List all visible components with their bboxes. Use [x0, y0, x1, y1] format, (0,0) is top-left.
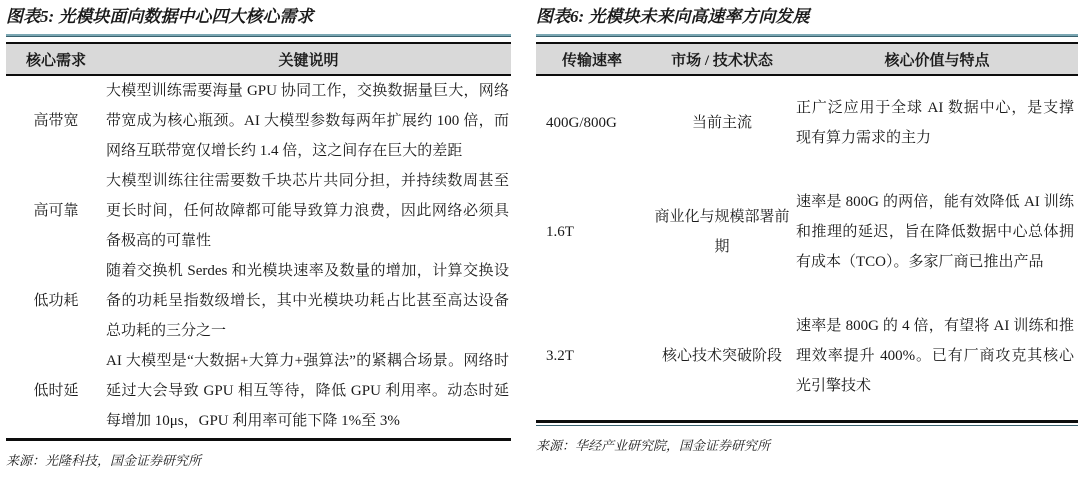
description-cell: AI 大模型是“大数据+大算力+强算法”的紧耦合场景。网络时延过大会导致 GPU… [106, 346, 511, 436]
need-cell: 高带宽 [6, 106, 106, 136]
figure6-column-header-status: 市场 / 技术状态 [648, 49, 796, 70]
table-row: 低时延 AI 大模型是“大数据+大算力+强算法”的紧耦合场景。网络时延过大会导致… [6, 346, 511, 436]
figure5-table-body: 高带宽 大模型训练需要海量 GPU 协同工作，交换数据量巨大，网络带宽成为核心瓶… [6, 76, 511, 436]
rate-cell: 1.6T [536, 217, 648, 247]
figure5-source: 来源：光隆科技，国金证券研究所 [6, 450, 511, 469]
figure5-column-header-desc: 关键说明 [106, 49, 511, 70]
table-row: 3.2T 核心技术突破阶段 速率是 800G 的 4 倍，有望将 AI 训练和推… [536, 294, 1078, 418]
figure6-bottom-rule-accent [536, 425, 1078, 426]
figure6-column-header-rate: 传输速率 [536, 49, 648, 70]
table-row: 低功耗 随着交换机 Serdes 和光模块速率及数量的增加，计算交换设备的功耗呈… [6, 256, 511, 346]
need-cell: 低时延 [6, 376, 106, 406]
figure6-header-row: 传输速率 市场 / 技术状态 核心价值与特点 [536, 42, 1078, 76]
rate-cell: 3.2T [536, 341, 648, 371]
description-cell: 随着交换机 Serdes 和光模块速率及数量的增加，计算交换设备的功耗呈指数级增… [106, 256, 511, 346]
figure6-title-rule [536, 34, 1078, 37]
need-cell: 高可靠 [6, 196, 106, 226]
description-cell: 大模型训练往往需要数千块芯片共同分担，并持续数周甚至更长时间，任何故障都可能导致… [106, 166, 511, 256]
status-cell: 核心技术突破阶段 [648, 341, 796, 371]
figure5-bottom-rule [6, 438, 511, 441]
status-cell: 商业化与规模部署前期 [648, 202, 796, 262]
value-cell: 速率是 800G 的两倍，能有效降低 AI 训练和推理的延迟，旨在降低数据中心总… [796, 187, 1078, 277]
figure5-header-row: 核心需求 关键说明 [6, 42, 511, 76]
figure6-bottom-rule [536, 420, 1078, 423]
figure5-column-header-need: 核心需求 [6, 49, 106, 70]
figure6-source: 来源：华经产业研究院，国金证券研究所 [536, 435, 1078, 454]
value-cell: 速率是 800G 的 4 倍，有望将 AI 训练和推理效率提升 400%。已有厂… [796, 311, 1078, 401]
table-row: 高带宽 大模型训练需要海量 GPU 协同工作，交换数据量巨大，网络带宽成为核心瓶… [6, 76, 511, 166]
figure6-column-header-value: 核心价值与特点 [796, 49, 1078, 70]
table-row: 1.6T 商业化与规模部署前期 速率是 800G 的两倍，能有效降低 AI 训练… [536, 173, 1078, 294]
figure6-title: 图表6: 光模块未来向高速率方向发展 [536, 6, 1078, 28]
table-row: 高可靠 大模型训练往往需要数千块芯片共同分担，并持续数周甚至更长时间，任何故障都… [6, 166, 511, 256]
status-cell: 当前主流 [648, 108, 796, 138]
rate-cell: 400G/800G [536, 108, 648, 138]
table-row: 400G/800G 当前主流 正广泛应用于全球 AI 数据中心，是支撑现有算力需… [536, 76, 1078, 173]
figure5-title-rule [6, 34, 511, 37]
need-cell: 低功耗 [6, 286, 106, 316]
description-cell: 大模型训练需要海量 GPU 协同工作，交换数据量巨大，网络带宽成为核心瓶颈。AI… [106, 76, 511, 166]
value-cell: 正广泛应用于全球 AI 数据中心，是支撑现有算力需求的主力 [796, 93, 1078, 153]
figure6-panel: 图表6: 光模块未来向高速率方向发展 传输速率 市场 / 技术状态 核心价值与特… [536, 6, 1078, 454]
figure6-table-body: 400G/800G 当前主流 正广泛应用于全球 AI 数据中心，是支撑现有算力需… [536, 76, 1078, 418]
report-figures-page: 图表5: 光模块面向数据中心四大核心需求 核心需求 关键说明 高带宽 大模型训练… [0, 0, 1080, 500]
figure5-title: 图表5: 光模块面向数据中心四大核心需求 [6, 6, 511, 28]
figure5-panel: 图表5: 光模块面向数据中心四大核心需求 核心需求 关键说明 高带宽 大模型训练… [6, 6, 511, 469]
